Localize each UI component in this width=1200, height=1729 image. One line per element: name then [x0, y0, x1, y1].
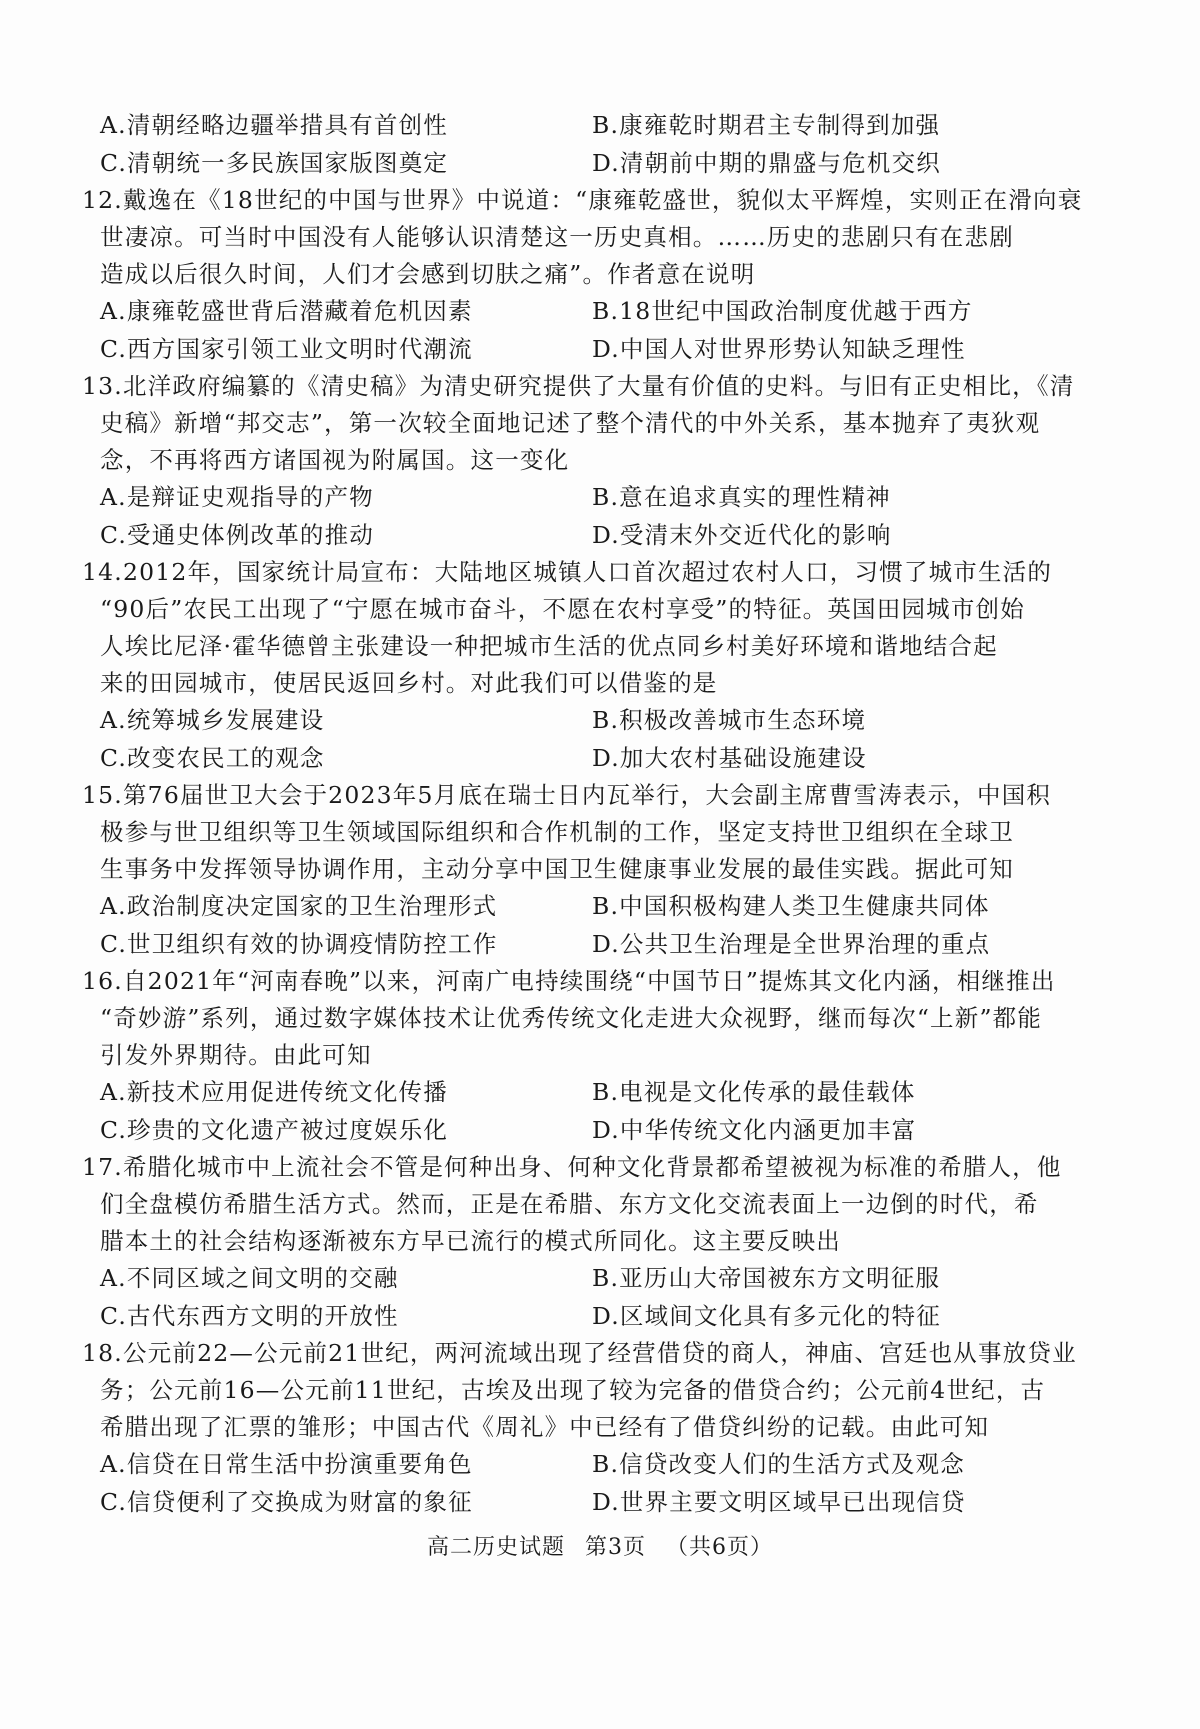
- q15-stem-line: 生事务中发挥领导协调作用，主动分享中国卫生健康事业发展的最佳实践。据此可知: [100, 850, 1014, 888]
- q13-stem-line: 史稿》新增“邦交志”，第一次较全面地记述了整个清代的中外关系，基本抛弃了夷狄观: [100, 404, 1040, 442]
- q15-stem-line: 15.第76届世卫大会于2023年5月底在瑞士日内瓦举行，大会副主席曹雪涛表示，…: [82, 776, 1051, 814]
- q16-stem-line: “奇妙游”系列，通过数字媒体技术让优秀传统文化走进大众视野，继而每次“上新”都能: [100, 999, 1042, 1037]
- q16-option-d: D.中华传统文化内涵更加丰富: [592, 1111, 916, 1149]
- q12-stem-line: 12.戴逸在《18世纪的中国与世界》中说道：“康雍乾盛世，貌似太平辉煌，实则正在…: [82, 181, 1082, 219]
- q17-option-c: C.古代东西方文明的开放性: [100, 1297, 399, 1335]
- q16-option-c: C.珍贵的文化遗产被过度娱乐化: [100, 1111, 448, 1149]
- q16-option-b: B.电视是文化传承的最佳载体: [592, 1073, 916, 1111]
- q16-option-a: A.新技术应用促进传统文化传播: [100, 1073, 448, 1111]
- q18-stem-line: 希腊出现了汇票的雏形；中国古代《周礼》中已经有了借贷纠纷的记载。由此可知: [100, 1408, 989, 1446]
- subject-title: 高二历史试题: [427, 1535, 565, 1560]
- q13-option-c: C.受通史体例改革的推动: [100, 516, 374, 554]
- q17-stem-line: 17.希腊化城市中上流社会不管是何种出身、何种文化背景都希望被视为标准的希腊人，…: [82, 1148, 1062, 1186]
- q12-stem-line: 造成以后很久时间，人们才会感到切肤之痛”。作者意在说明: [100, 255, 755, 293]
- q14-option-a: A.统筹城乡发展建设: [100, 701, 324, 739]
- q14-stem-line: 14.2012年，国家统计局宣布：大陆地区城镇人口首次超过农村人口，习惯了城市生…: [82, 553, 1052, 591]
- page-footer: 高二历史试题第3页（共6页）: [0, 1530, 1200, 1566]
- q17-stem-line: 腊本土的社会结构逐渐被东方早已流行的模式所同化。这主要反映出: [100, 1222, 841, 1260]
- q17-option-b: B.亚历山大帝国被东方文明征服: [592, 1259, 940, 1297]
- q17-option-d: D.区域间文化具有多元化的特征: [592, 1297, 941, 1335]
- q15-option-c: C.世卫组织有效的协调疫情防控工作: [100, 925, 498, 963]
- q16-stem-line: 16.自2021年“河南春晚”以来，河南广电持续围绕“中国节日”提炼其文化内涵，…: [82, 962, 1056, 1000]
- q13-option-a: A.是辩证史观指导的产物: [100, 478, 374, 516]
- q14-option-c: C.改变农民工的观念: [100, 739, 325, 777]
- exam-page: A.清朝经略边疆举措具有首创性 B.康雍乾时期君主专制得到加强 C.清朝统一多民…: [0, 0, 1200, 1729]
- q11-option-a: A.清朝经略边疆举措具有首创性: [100, 106, 448, 144]
- q14-stem-line: “90后”农民工出现了“宁愿在城市奋斗，不愿在农村享受”的特征。英国田园城市创始: [100, 590, 1025, 628]
- q13-option-d: D.受清末外交近代化的影响: [592, 516, 892, 554]
- q13-stem-line: 13.北洋政府编纂的《清史稿》为清史研究提供了大量有价值的史料。与旧有正史相比，…: [82, 367, 1075, 405]
- q11-option-b: B.康雍乾时期君主专制得到加强: [592, 106, 940, 144]
- q16-stem-line: 引发外界期待。由此可知: [100, 1036, 372, 1074]
- q12-stem-line: 世凄凉。可当时中国没有人能够认识清楚这一历史真相。……历史的悲剧只有在悲剧: [100, 218, 1014, 256]
- q18-stem-line: 18.公元前22—公元前21世纪，两河流域出现了经营借贷的商人，神庙、宫廷也从事…: [82, 1334, 1077, 1372]
- q18-option-c: C.信贷便利了交换成为财富的象征: [100, 1483, 473, 1521]
- q15-option-a: A.政治制度决定国家的卫生治理形式: [100, 887, 497, 925]
- q12-option-a: A.康雍乾盛世背后潜藏着危机因素: [100, 292, 473, 330]
- q12-option-d: D.中国人对世界形势认知缺乏理性: [592, 330, 966, 368]
- q17-stem-line: 们全盘模仿希腊生活方式。然而，正是在希腊、东方文化交流表面上一边倒的时代，希: [100, 1185, 1039, 1223]
- q14-option-d: D.加大农村基础设施建设: [592, 739, 867, 777]
- q14-stem-line: 人埃比尼泽·霍华德曾主张建设一种把城市生活的优点同乡村美好环境和谐地结合起: [100, 627, 998, 665]
- q14-option-b: B.积极改善城市生态环境: [592, 701, 866, 739]
- q18-option-b: B.信贷改变人们的生活方式及观念: [592, 1445, 965, 1483]
- q15-stem-line: 极参与世卫组织等卫生领域国际组织和合作机制的工作，坚定支持世卫组织在全球卫: [100, 813, 1014, 851]
- q12-option-b: B.18世纪中国政治制度优越于西方: [592, 292, 973, 330]
- q13-option-b: B.意在追求真实的理性精神: [592, 478, 891, 516]
- q15-option-b: B.中国积极构建人类卫生健康共同体: [592, 887, 990, 925]
- q12-option-c: C.西方国家引领工业文明时代潮流: [100, 330, 473, 368]
- q13-stem-line: 念，不再将西方诸国视为附属国。这一变化: [100, 441, 569, 479]
- q18-option-d: D.世界主要文明区域早已出现信贷: [592, 1483, 966, 1521]
- q18-option-a: A.信贷在日常生活中扮演重要角色: [100, 1445, 473, 1483]
- q14-stem-line: 来的田园城市，使居民返回乡村。对此我们可以借鉴的是: [100, 664, 718, 702]
- q15-option-d: D.公共卫生治理是全世界治理的重点: [592, 925, 990, 963]
- page-number: 第3页: [585, 1535, 646, 1560]
- q17-option-a: A.不同区域之间文明的交融: [100, 1259, 399, 1297]
- q11-option-c: C.清朝统一多民族国家版图奠定: [100, 144, 448, 182]
- total-pages: （共6页）: [666, 1535, 773, 1560]
- q11-option-d: D.清朝前中期的鼎盛与危机交织: [592, 144, 941, 182]
- q18-stem-line: 务；公元前16—公元前11世纪，古埃及出现了较为完备的借贷合约；公元前4世纪，古: [100, 1371, 1045, 1409]
